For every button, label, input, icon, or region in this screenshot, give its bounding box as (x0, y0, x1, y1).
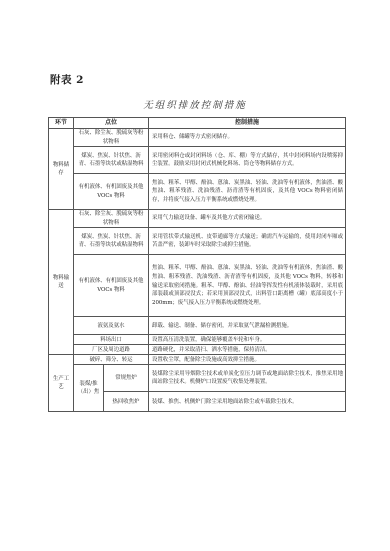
point-cell: 常规焦炉 (104, 365, 149, 392)
measure-cell: 设置收尘罩，配备除尘设施或高效抑尘措施。 (149, 355, 346, 365)
measure-cell: 焦油、粗苯、甲醇、酚油、蒽油、炭黑油、轻油、洗油等有机液体，焦油渣、酸焦油、粗苯… (149, 255, 346, 317)
table-row: 有机液体、有机固废及其他 VOCs 物料 焦油、粗苯、甲醇、酚油、蒽油、炭黑油、… (49, 174, 346, 210)
header-point: 点位 (74, 118, 149, 129)
stage-cell: 物料储存 (49, 129, 74, 210)
table-row: 有机液体、有机固废及其他 VOCs 物料 焦油、粗苯、甲醇、酚油、蒽油、炭黑油、… (49, 255, 346, 317)
point-cell: 厂区及周边道路 (74, 345, 149, 355)
point-cell: 破碎、筛分、转运 (74, 355, 149, 365)
table-row: 煤炭、焦炭、针状焦、沥青、石墨等块状或粘湿物料 采用密闭料仓或封闭料场（仓、库、… (49, 147, 346, 174)
table-row: 料场出口 设置高压清洗装置，确保能够覆盖车轮和车身。 (49, 335, 346, 345)
point-cell: 煤炭、焦炭、针状焦、沥青、石墨等块状或粘湿物料 (74, 228, 149, 255)
measure-cell: 采用密闭料仓或封闭料场（仓、库、棚）等方式储存，其中封闭料场内设喷雾抑尘装置。鼓… (149, 147, 346, 174)
point-cell: 液氨及氨水 (74, 317, 149, 335)
point-cell: 有机液体、有机固废及其他 VOCs 物料 (74, 174, 149, 210)
table-row: 液氨及氨水 卸载、输送、制备、储存密闭，并采取氨气泄漏检测措施。 (49, 317, 346, 335)
stage-cell: 生产工艺 (49, 355, 74, 412)
measure-cell: 采用气力输送设备、罐车及其他方式密闭输送。 (149, 210, 346, 228)
point-cell: 石灰、除尘灰、脱硫灰等粉状物料 (74, 129, 149, 147)
measure-cell: 装煤除尘采用导烟除尘技术或单炭化室压力调节或地面站除尘技术，推焦采用地面站除尘技… (149, 365, 346, 392)
table-row: 厂区及周边道路 道路硬化，并采取清扫、洒水等措施，保持清洁。 (49, 345, 346, 355)
table-header-row: 环节 点位 控制措施 (49, 118, 346, 129)
point-cell: 煤炭、焦炭、针状焦、沥青、石墨等块状或粘湿物料 (74, 147, 149, 174)
table-row: 煤炭、焦炭、针状焦、沥青、石墨等块状或粘湿物料 采用管状带式输送机、皮带通廊等方… (49, 228, 346, 255)
table-row: 物料储存 石灰、除尘灰、脱硫灰等粉状物料 采用料仓、储罐等方式密闭储存。 (49, 129, 346, 147)
header-stage: 环节 (49, 118, 74, 129)
table-row: 生产工艺 破碎、筛分、转运 设置收尘罩，配备除尘设施或高效抑尘措施。 (49, 355, 346, 365)
point-cell: 有机液体、有机固废及其他 VOCs 物料 (74, 255, 149, 317)
point-cell: 热回收焦炉 (104, 392, 149, 412)
point-cell: 料场出口 (74, 335, 149, 345)
table-title: 无组织排放控制措施 (0, 97, 390, 111)
header-measure: 控制措施 (149, 118, 346, 129)
measure-cell: 采用料仓、储罐等方式密闭储存。 (149, 129, 346, 147)
measure-cell: 焦油、粗苯、甲醇、酚油、蒽油、炭黑油、轻油、洗油等有机液体，焦油渣、酸焦油、粗苯… (149, 174, 346, 210)
measure-cell: 装煤、推焦、机侧炉门除尘采用地面站除尘或车载除尘技术。 (149, 392, 346, 412)
table-row: 物料输送 石灰、除尘灰、脱硫灰等粉状物料 采用气力输送设备、罐车及其他方式密闭输… (49, 210, 346, 228)
measure-cell: 采用管状带式输送机、皮带通廊等方式输送；确需汽车运输的，使用封闭车厢或苫盖严密，… (149, 228, 346, 255)
point-cell: 石灰、除尘灰、脱硫灰等粉状物料 (74, 210, 149, 228)
sub-group-cell: 装煤/推（出）焦 (74, 365, 104, 412)
table-row: 装煤/推（出）焦 常规焦炉 装煤除尘采用导烟除尘技术或单炭化室压力调节或地面站除… (49, 365, 346, 392)
control-measures-table: 环节 点位 控制措施 物料储存 石灰、除尘灰、脱硫灰等粉状物料 采用料仓、储罐等… (48, 117, 346, 412)
stage-cell: 物料输送 (49, 210, 74, 355)
measure-cell: 道路硬化，并采取清扫、洒水等措施，保持清洁。 (149, 345, 346, 355)
measure-cell: 卸载、输送、制备、储存密闭，并采取氨气泄漏检测措施。 (149, 317, 346, 335)
appendix-label: 附表 2 (50, 72, 84, 87)
measure-cell: 设置高压清洗装置，确保能够覆盖车轮和车身。 (149, 335, 346, 345)
